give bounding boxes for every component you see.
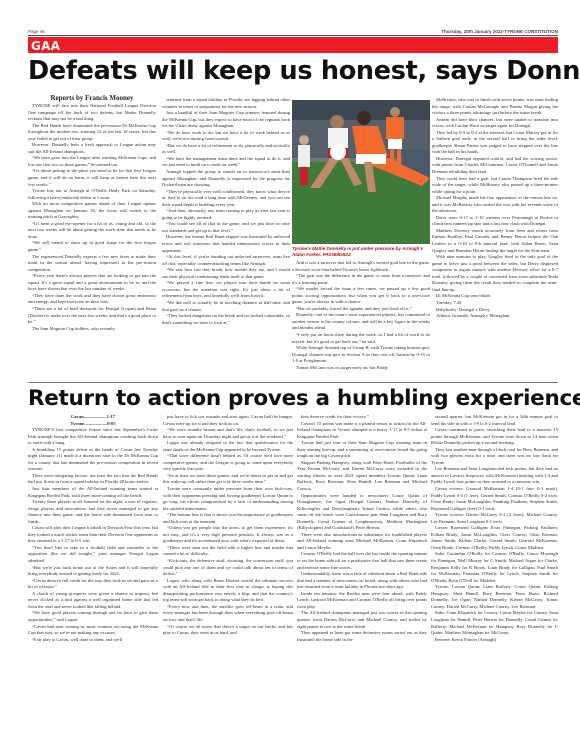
paragraph: “But we do have a lot of refinement to d… — [162, 143, 290, 156]
paragraph: Tyrone scorers: Darren McCurry 0-2 (2 fr… — [431, 512, 558, 525]
paragraph: The All-Ireland champions managed just t… — [297, 610, 427, 630]
paragraph: Tyrone had just four of their Sam Maguir… — [297, 440, 427, 460]
dateline: Thursday, 20th January 2022-TYRONE CONST… — [441, 29, 558, 34]
paragraph: Matthew Downey struck accurately from fr… — [432, 228, 558, 254]
paragraph: Cavan: Raymond Galligan; Evan Finnegan, … — [431, 525, 558, 551]
paragraph: “We did well to actually be in touching … — [162, 300, 290, 313]
paragraph: Athletic Grounds: Armagh v Monaghan — [432, 313, 558, 320]
paragraph: Just four members of the All-Ireland win… — [28, 486, 158, 499]
paragraph: “That score difference hasn't helped us.… — [163, 453, 293, 473]
paragraph: Logan, who along with Brian Dooher score… — [163, 578, 293, 604]
article1-col2-paras: returned from a squad holiday in Florida… — [162, 97, 290, 326]
paragraph: just have to lick our wounds and start a… — [163, 414, 293, 427]
paragraph: “There were men out the field with a hig… — [163, 545, 293, 558]
paragraph: Just a handful of their Sam Maguire Cup … — [162, 110, 290, 130]
paragraph: With no more competitive games ahead of … — [28, 201, 156, 221]
paragraph: “We still intend to show up in good shap… — [28, 240, 156, 253]
paragraph: “They have done the work and they have s… — [28, 293, 156, 306]
paragraph: “Every year there's always players that … — [28, 273, 156, 293]
article1-col3-paras: And it was a turnover that led to Armagh… — [292, 260, 430, 371]
paragraph: And it was a turnover that led to Armagh… — [292, 260, 430, 273]
paragraph: “Fair play to Cavan, well done to them, … — [28, 637, 158, 644]
paragraph: Understandably, there was a lack of cohe… — [297, 571, 427, 591]
paragraph: They lost another man through a black ca… — [431, 447, 558, 467]
article1-column-4: McBrearty, who was to finish with seven … — [432, 97, 558, 380]
paragraph: Cavan scorers: Gearoid McKiernan 1-4 (0-… — [431, 486, 558, 512]
paragraph: Cormac O'Reilly had the ball over the ba… — [297, 551, 427, 571]
header-rule — [28, 35, 558, 36]
paragraph: second quarter, but McKiernan got in for… — [431, 414, 558, 427]
paragraph: “Of course we all know that there's a ta… — [163, 624, 293, 637]
paragraph: “The goal was the difference in the game… — [292, 273, 430, 286]
paragraph: TYRONE'S first competitive fixture since… — [28, 427, 158, 447]
paragraph: “Cavan had men coming in, most counties … — [28, 624, 158, 637]
paragraph: Toman McCann was on target early on, but… — [292, 365, 430, 372]
paragraph: “It's been a good eye-opener for a lot o… — [28, 221, 156, 241]
paragraph: Lee Brennan and Sean Loughran did kick p… — [431, 466, 558, 486]
article2-col3-paras: they deserve credit for their victory.”C… — [297, 414, 427, 643]
paragraph: Skipper Padraig Hampsey, along with Pete… — [297, 460, 427, 493]
article1-column-2: returned from a squad holiday in Florida… — [162, 97, 290, 380]
paragraph: “It's about getting to the place you nee… — [28, 168, 156, 188]
paragraph: “We were soundly beaten and that's life,… — [163, 427, 293, 440]
byline: Reports by Francis Mooney — [28, 94, 156, 103]
paragraph: McBrearty, who was to finish with seven … — [432, 97, 558, 117]
paragraph: Opportunities were handed to newcomers C… — [297, 493, 427, 532]
paragraph: “We maybe forced the issue a few times, … — [292, 286, 430, 306]
paragraph: “We played a fine line, we played into t… — [162, 280, 290, 300]
paragraph: “But we're just back home out of the Sta… — [28, 565, 158, 578]
article2-column-3: they deserve credit for their victory.”C… — [297, 414, 427, 734]
paragraph: They appeared to have got some defensive… — [297, 630, 427, 643]
paragraph: They led by 0-5 to 0-2 at the interval, … — [432, 130, 558, 156]
paragraph: Subs: Conn Kilpatrick for Conroy, Conor … — [431, 610, 558, 636]
article-divider — [28, 382, 558, 383]
paragraph: “We have good players coming through and… — [28, 610, 158, 623]
section-banner: GAA — [28, 37, 558, 53]
paragraph: Tyrone were constantly under pressure fr… — [163, 486, 293, 512]
article1-column-1: Reports by Francis Mooney TYRONE will fa… — [28, 94, 156, 380]
paragraph: “They're physically very well conditione… — [162, 189, 290, 209]
page-number: Page 46 — [28, 29, 45, 34]
paragraph: “Every now and then, the satellite goes … — [163, 604, 293, 624]
paragraph: Donnelly, one of the team's most experie… — [292, 312, 430, 332]
photo-caption: Tyrone's Mattie Donnelly is put under pr… — [292, 246, 430, 257]
article2-col4-paras: second quarter, but McKiernan got in for… — [431, 414, 558, 643]
paragraph: There were also introductions as substit… — [297, 532, 427, 552]
article2-col2-paras: just have to lick our wounds and start a… — [163, 414, 293, 637]
section-label: GAA — [28, 39, 60, 53]
paragraph: Antrim did have their chances, but were … — [432, 117, 558, 130]
paragraph: “At this level, if you're handing out un… — [162, 254, 290, 267]
paragraph: “You don't like to take to a football fi… — [28, 545, 158, 565]
newspaper-page: Page 46 Thursday, 20th January 2022-TYRO… — [28, 0, 558, 737]
paragraph: Referee: Kevin Faloon (Armagh) — [431, 637, 558, 644]
article1-photo — [292, 100, 430, 244]
article1-col4-paras: McBrearty, who was to finish with seven … — [432, 97, 558, 320]
article2-column-4: second quarter, but McKiernan got in for… — [431, 414, 558, 734]
article2-column-2: just have to lick our wounds and start a… — [163, 414, 293, 734]
article2-column-1: Cavan....................1-17 Tyrone....… — [28, 414, 158, 734]
paragraph: Twenty three players in all featured on … — [28, 499, 158, 525]
paragraph: Inside ten minutes, the Breffni men were… — [297, 591, 427, 611]
paragraph: However, the former Red Hand skipper was… — [162, 234, 290, 254]
paragraph: TYRONE will face into their National Foo… — [28, 103, 156, 123]
paragraph: “Cavan deserve full credit for the way t… — [28, 578, 158, 591]
paragraph: “We saw how fast they break, how mobile … — [162, 267, 290, 280]
paragraph: However, Donnelly feels a fresh approach… — [28, 142, 156, 155]
paragraph: The Red Hands have dominated the pre-sea… — [28, 123, 156, 143]
paragraph: A humbling 15 points defeat at the hands… — [28, 447, 158, 473]
paragraph: “Kick-outs, the defensive stuff, shootin… — [163, 558, 293, 578]
paragraph: “They looked dangerous on the break and … — [162, 313, 290, 326]
paragraph: Tyrone lost out to Armagh at O'Neills He… — [28, 188, 156, 201]
paragraph: returned from a squad holiday in Florida… — [162, 97, 290, 110]
paragraph: “You could see all of that in the game, … — [162, 221, 290, 234]
paragraph: Logan was already resigned to the fact t… — [163, 440, 293, 453]
paragraph: Derry were 0-17 to 1-10 winners over Fer… — [432, 215, 558, 228]
paragraph: A clutch of young prospects were given a… — [28, 591, 158, 611]
paragraph: Cavan continued to press, stretching the… — [431, 427, 558, 447]
article1-col1-paras: TYRONE will face into their National Foo… — [28, 103, 156, 332]
paragraph: Tyrone: Lorcan Quinn; Liam Rafferty, Con… — [431, 584, 558, 610]
paragraph: “We do have work to do, but we have a lo… — [162, 130, 290, 143]
paragraph: Armagh topped the group to march on to t… — [162, 169, 290, 189]
paragraph: Subs: Caoimhin O'Reilly for Cormac O'Rei… — [431, 551, 558, 584]
paragraph: “We have gone into the League after winn… — [28, 155, 156, 168]
paragraph: “And then, obviously, any team coming to… — [162, 208, 290, 221]
article2-headline: Return to action proves a humbling exper… — [28, 386, 558, 411]
article2-col1-paras: TYRONE'S first competitive fixture since… — [28, 427, 158, 643]
article1-column-3: And it was a turnover that led to Armagh… — [292, 260, 430, 380]
paragraph: “We have the management team there and t… — [162, 156, 290, 169]
paragraph: While Armagh finished top of Group B, wi… — [292, 345, 430, 365]
football-action-photo-icon — [292, 100, 430, 244]
paragraph: “The bottom line is that it shows you th… — [163, 512, 293, 525]
paragraph: The Sam Maguire Cup holders, who recentl… — [28, 326, 156, 333]
paragraph: Cavan will play their League football in… — [28, 525, 158, 545]
paragraph: Cavan's 15 points win made it a painful … — [297, 421, 427, 441]
paragraph: They could have had a goal, but Ciaran T… — [432, 176, 558, 196]
paragraph: “I only put on boots there during the we… — [292, 332, 430, 345]
paragraph: “So at least we have these games, and we… — [163, 473, 293, 486]
paragraph: “There are a lot of hard decisions for F… — [28, 306, 156, 326]
paragraph: There were mitigating factors, not least… — [28, 473, 158, 486]
article1-headline: Defeats will keep us honest, says Donnel… — [28, 56, 558, 86]
paragraph: However, Donegal regained control, and h… — [432, 156, 558, 176]
paragraph: “Unless you get people into the areas, t… — [163, 525, 293, 545]
paragraph: With nine minutes to play, Quigley fired… — [432, 254, 558, 293]
paragraph: Michael Murphy made his first appearance… — [432, 195, 558, 215]
paragraph: The experienced Donnelly expects a few n… — [28, 254, 156, 274]
